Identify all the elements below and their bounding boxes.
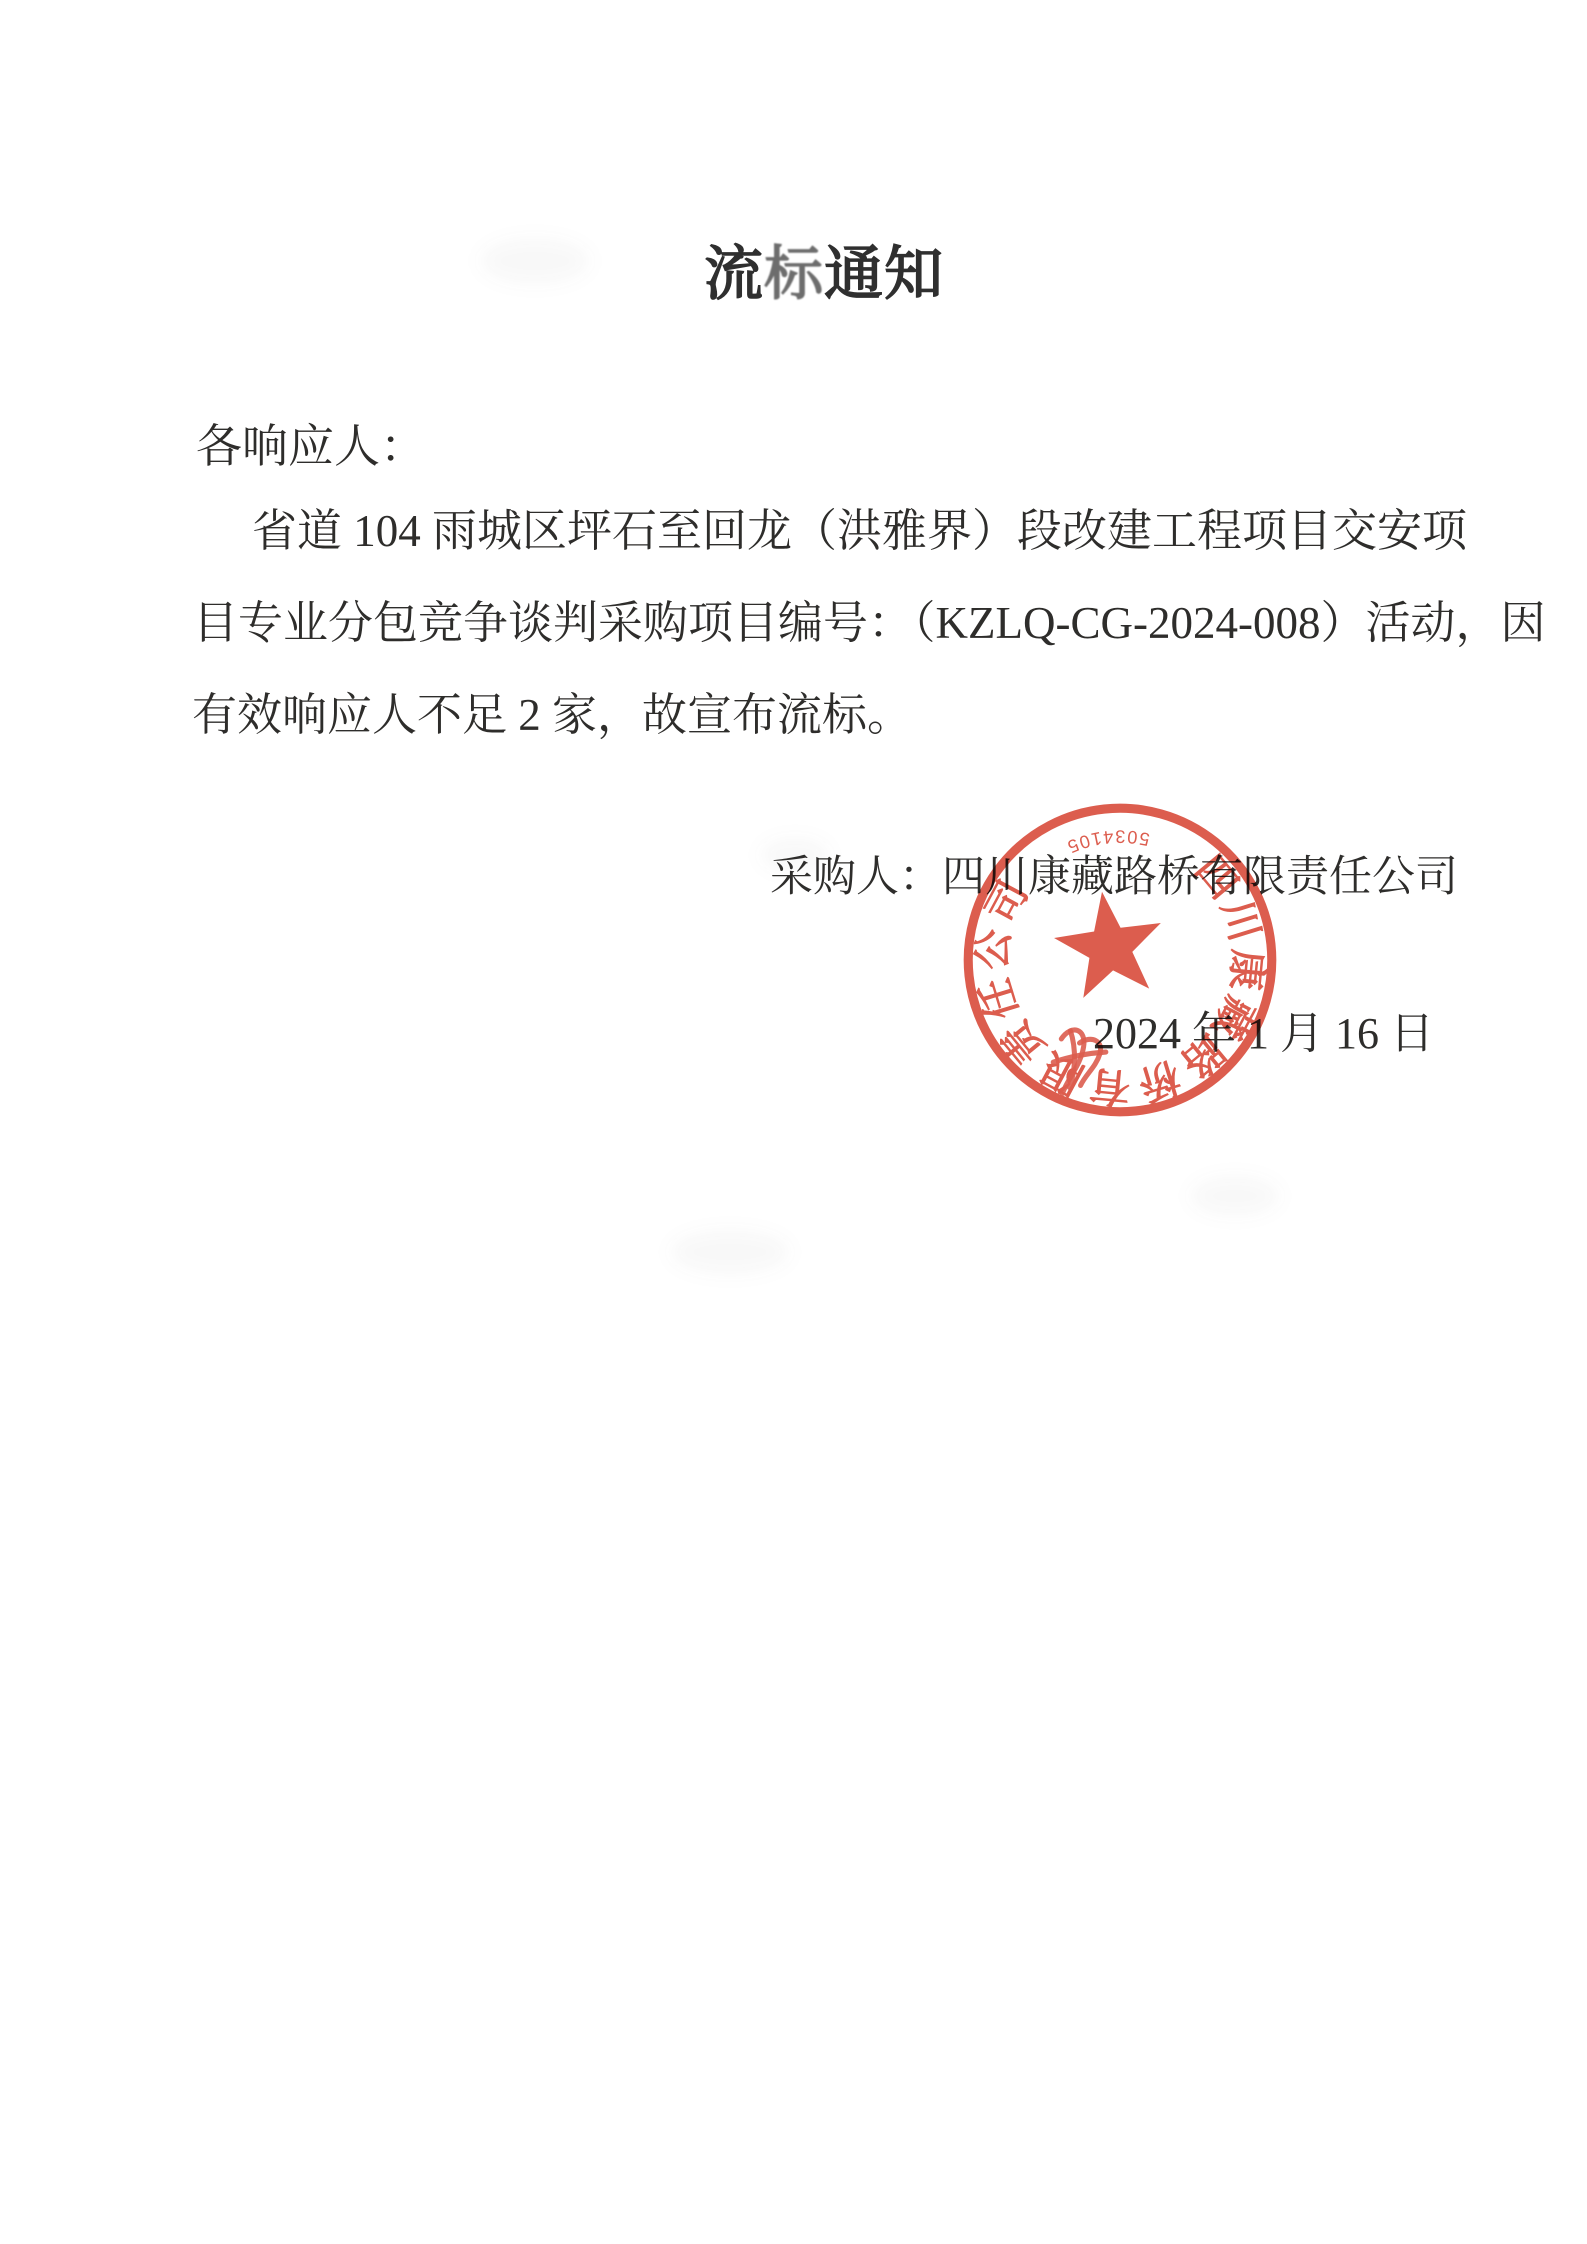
title-char: 流 xyxy=(704,241,764,307)
seal-code-number: 5034105 xyxy=(1062,822,1154,858)
title-char: 标 xyxy=(764,241,824,307)
title-char: 通 xyxy=(824,241,884,307)
seal-code-text: 5034105 xyxy=(1062,822,1154,858)
page-title: 流标通知 xyxy=(704,226,944,311)
company-seal-stamp: 四川康藏路桥有限责任公司 5034105 xyxy=(948,788,1292,1132)
scan-smudge xyxy=(480,238,590,284)
body-line-1: 省道 104 雨城区坪石至回龙（洪雅界）段改建工程项目交安项 xyxy=(252,494,1467,559)
document-page: 流标通知 各响应人： 省道 104 雨城区坪石至回龙（洪雅界）段改建工程项目交安… xyxy=(0,0,1587,2244)
title-char: 知 xyxy=(884,241,944,307)
scan-smudge xyxy=(1190,1176,1280,1216)
seal-star-icon xyxy=(1049,884,1170,1001)
seal-svg: 四川康藏路桥有限责任公司 5034105 xyxy=(948,788,1292,1132)
salutation: 各响应人： xyxy=(196,410,426,476)
scan-smudge xyxy=(670,1230,790,1274)
seal-company-name: 四川康藏路桥有限责任公司 xyxy=(959,842,1285,1125)
seal-company-name-text: 四川康藏路桥有限责任公司 xyxy=(959,842,1285,1125)
body-line-3: 有效响应人不足 2 家，故宣布流标。 xyxy=(192,678,912,743)
body-line-2: 目专业分包竞争谈判采购项目编号：（KZLQ-CG-2024-008）活动，因 xyxy=(193,586,1545,651)
